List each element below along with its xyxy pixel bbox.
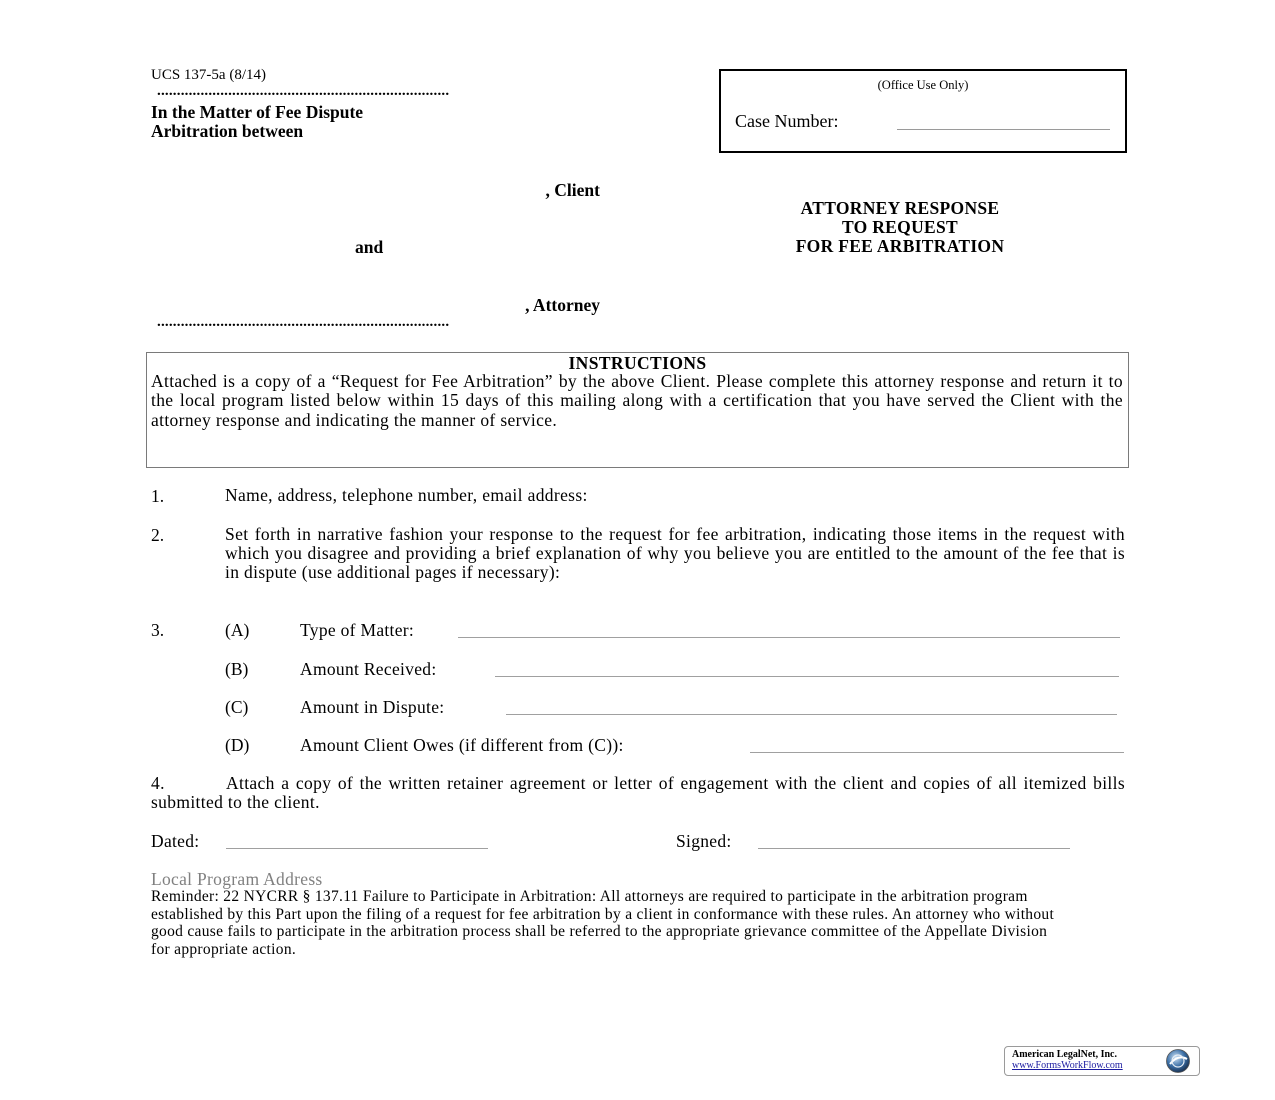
item-4-number: 4. (151, 774, 226, 793)
office-use-box: (Office Use Only) Case Number: (719, 69, 1127, 153)
matter-title: In the Matter of Fee Dispute Arbitration… (151, 103, 363, 141)
instructions-text: Attached is a copy of a “Request for Fee… (151, 372, 1123, 430)
form-code: UCS 137-5a (8/14) (151, 67, 266, 84)
and-label: and (355, 237, 383, 258)
attorney-label: , Attorney (400, 295, 600, 316)
case-number-field[interactable] (897, 129, 1110, 130)
form-title-line2: TO REQUEST (740, 218, 1060, 237)
type-of-matter-field[interactable] (458, 637, 1120, 638)
matter-title-line1: In the Matter of Fee Dispute (151, 103, 363, 122)
signed-label: Signed: (676, 831, 732, 852)
amount-in-dispute-field[interactable] (506, 714, 1117, 715)
item-3a-letter: (A) (225, 620, 249, 641)
badge-url-link[interactable]: www.FormsWorkFlow.com (1012, 1060, 1123, 1071)
case-number-label: Case Number: (735, 111, 838, 132)
forms-workflow-badge[interactable]: American LegalNet, Inc. www.FormsWorkFlo… (1004, 1046, 1200, 1076)
amount-received-field[interactable] (495, 676, 1119, 677)
form-title-line1: ATTORNEY RESPONSE (740, 199, 1060, 218)
globe-icon (1165, 1048, 1191, 1074)
client-label: , Client (400, 180, 600, 201)
amount-client-owes-label: Amount Client Owes (if different from (C… (300, 735, 624, 756)
item-1-text: Name, address, telephone number, email a… (225, 486, 588, 505)
badge-company: American LegalNet, Inc. (1012, 1049, 1117, 1060)
type-of-matter-label: Type of Matter: (300, 620, 414, 641)
office-use-label: (Office Use Only) (721, 78, 1125, 93)
form-title-line3: FOR FEE ARBITRATION (740, 237, 1060, 256)
item-3d-letter: (D) (225, 735, 249, 756)
dated-field[interactable] (226, 848, 488, 849)
amount-client-owes-field[interactable] (750, 752, 1124, 753)
local-program-address-label: Local Program Address (151, 869, 323, 890)
item-3-number: 3. (151, 620, 164, 641)
item-2-number: 2. (151, 525, 164, 546)
dotted-separator-bottom: ........................................… (157, 317, 599, 327)
item-3b-letter: (B) (225, 659, 248, 680)
amount-in-dispute-label: Amount in Dispute: (300, 697, 444, 718)
item-1-number: 1. (151, 486, 164, 507)
form-title: ATTORNEY RESPONSE TO REQUEST FOR FEE ARB… (740, 199, 1060, 256)
dotted-separator-top: ........................................… (157, 86, 599, 96)
item-4-text: Attach a copy of the written retainer ag… (151, 773, 1125, 812)
amount-received-label: Amount Received: (300, 659, 437, 680)
instructions-box: INSTRUCTIONS Attached is a copy of a “Re… (146, 352, 1129, 468)
item-4: 4.Attach a copy of the written retainer … (151, 774, 1125, 813)
item-2-text: Set forth in narrative fashion your resp… (225, 525, 1125, 582)
reminder-text: Reminder: 22 NYCRR § 137.11 Failure to P… (151, 888, 1061, 959)
item-3c-letter: (C) (225, 697, 248, 718)
dated-label: Dated: (151, 831, 199, 852)
signed-field[interactable] (758, 848, 1070, 849)
matter-title-line2: Arbitration between (151, 122, 363, 141)
